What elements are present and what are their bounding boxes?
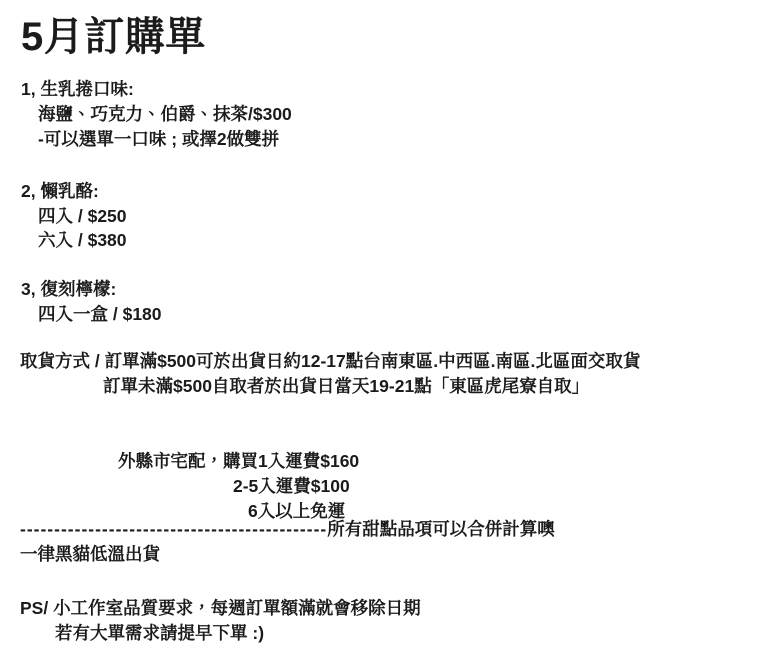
item-1-heading: 1, 生乳捲口味: <box>21 78 134 100</box>
divider-dashes: ----------------------------------------… <box>20 519 327 539</box>
item-3-price: 四入一盒 / $180 <box>38 303 162 325</box>
divider-text: 所有甜點品項可以合併計算噢 <box>327 519 555 539</box>
page-title: 5月訂購單 <box>21 5 206 62</box>
order-form-document: 5月訂購單 1, 生乳捲口味: 海鹽、巧克力、伯爵、抹茶/$300 -可以選單一… <box>0 0 770 650</box>
item-2-price-4: 四入 / $250 <box>38 205 127 227</box>
item-3-heading: 3, 復刻檸檬: <box>21 278 116 300</box>
ps-line-2: 若有大單需求請提早下單 :) <box>55 622 264 644</box>
ps-line-1: PS/ 小工作室品質要求，每週訂單額滿就會移除日期 <box>20 597 421 619</box>
pickup-line-2: 訂單未滿$500自取者於出貨日當天19-21點「東區虎尾寮自取」 <box>103 375 589 397</box>
item-2-heading: 2, 懶乳酪: <box>21 180 99 202</box>
pickup-line-1: 取貨方式 / 訂單滿$500可於出貨日約12-17點台南東區.中西區.南區.北區… <box>20 350 640 372</box>
shipping-line-2: 2-5入運費$100 <box>233 475 350 497</box>
divider-note: ----------------------------------------… <box>20 518 555 540</box>
item-1-note: -可以選單一口味 ; 或擇2做雙拼 <box>38 128 279 150</box>
item-1-flavors: 海鹽、巧克力、伯爵、抹茶/$300 <box>38 103 292 125</box>
delivery-note: 一律黑貓低溫出貨 <box>20 543 160 565</box>
shipping-line-1: 外縣市宅配，購買1入運費$160 <box>118 450 359 472</box>
item-2-price-6: 六入 / $380 <box>38 229 127 251</box>
